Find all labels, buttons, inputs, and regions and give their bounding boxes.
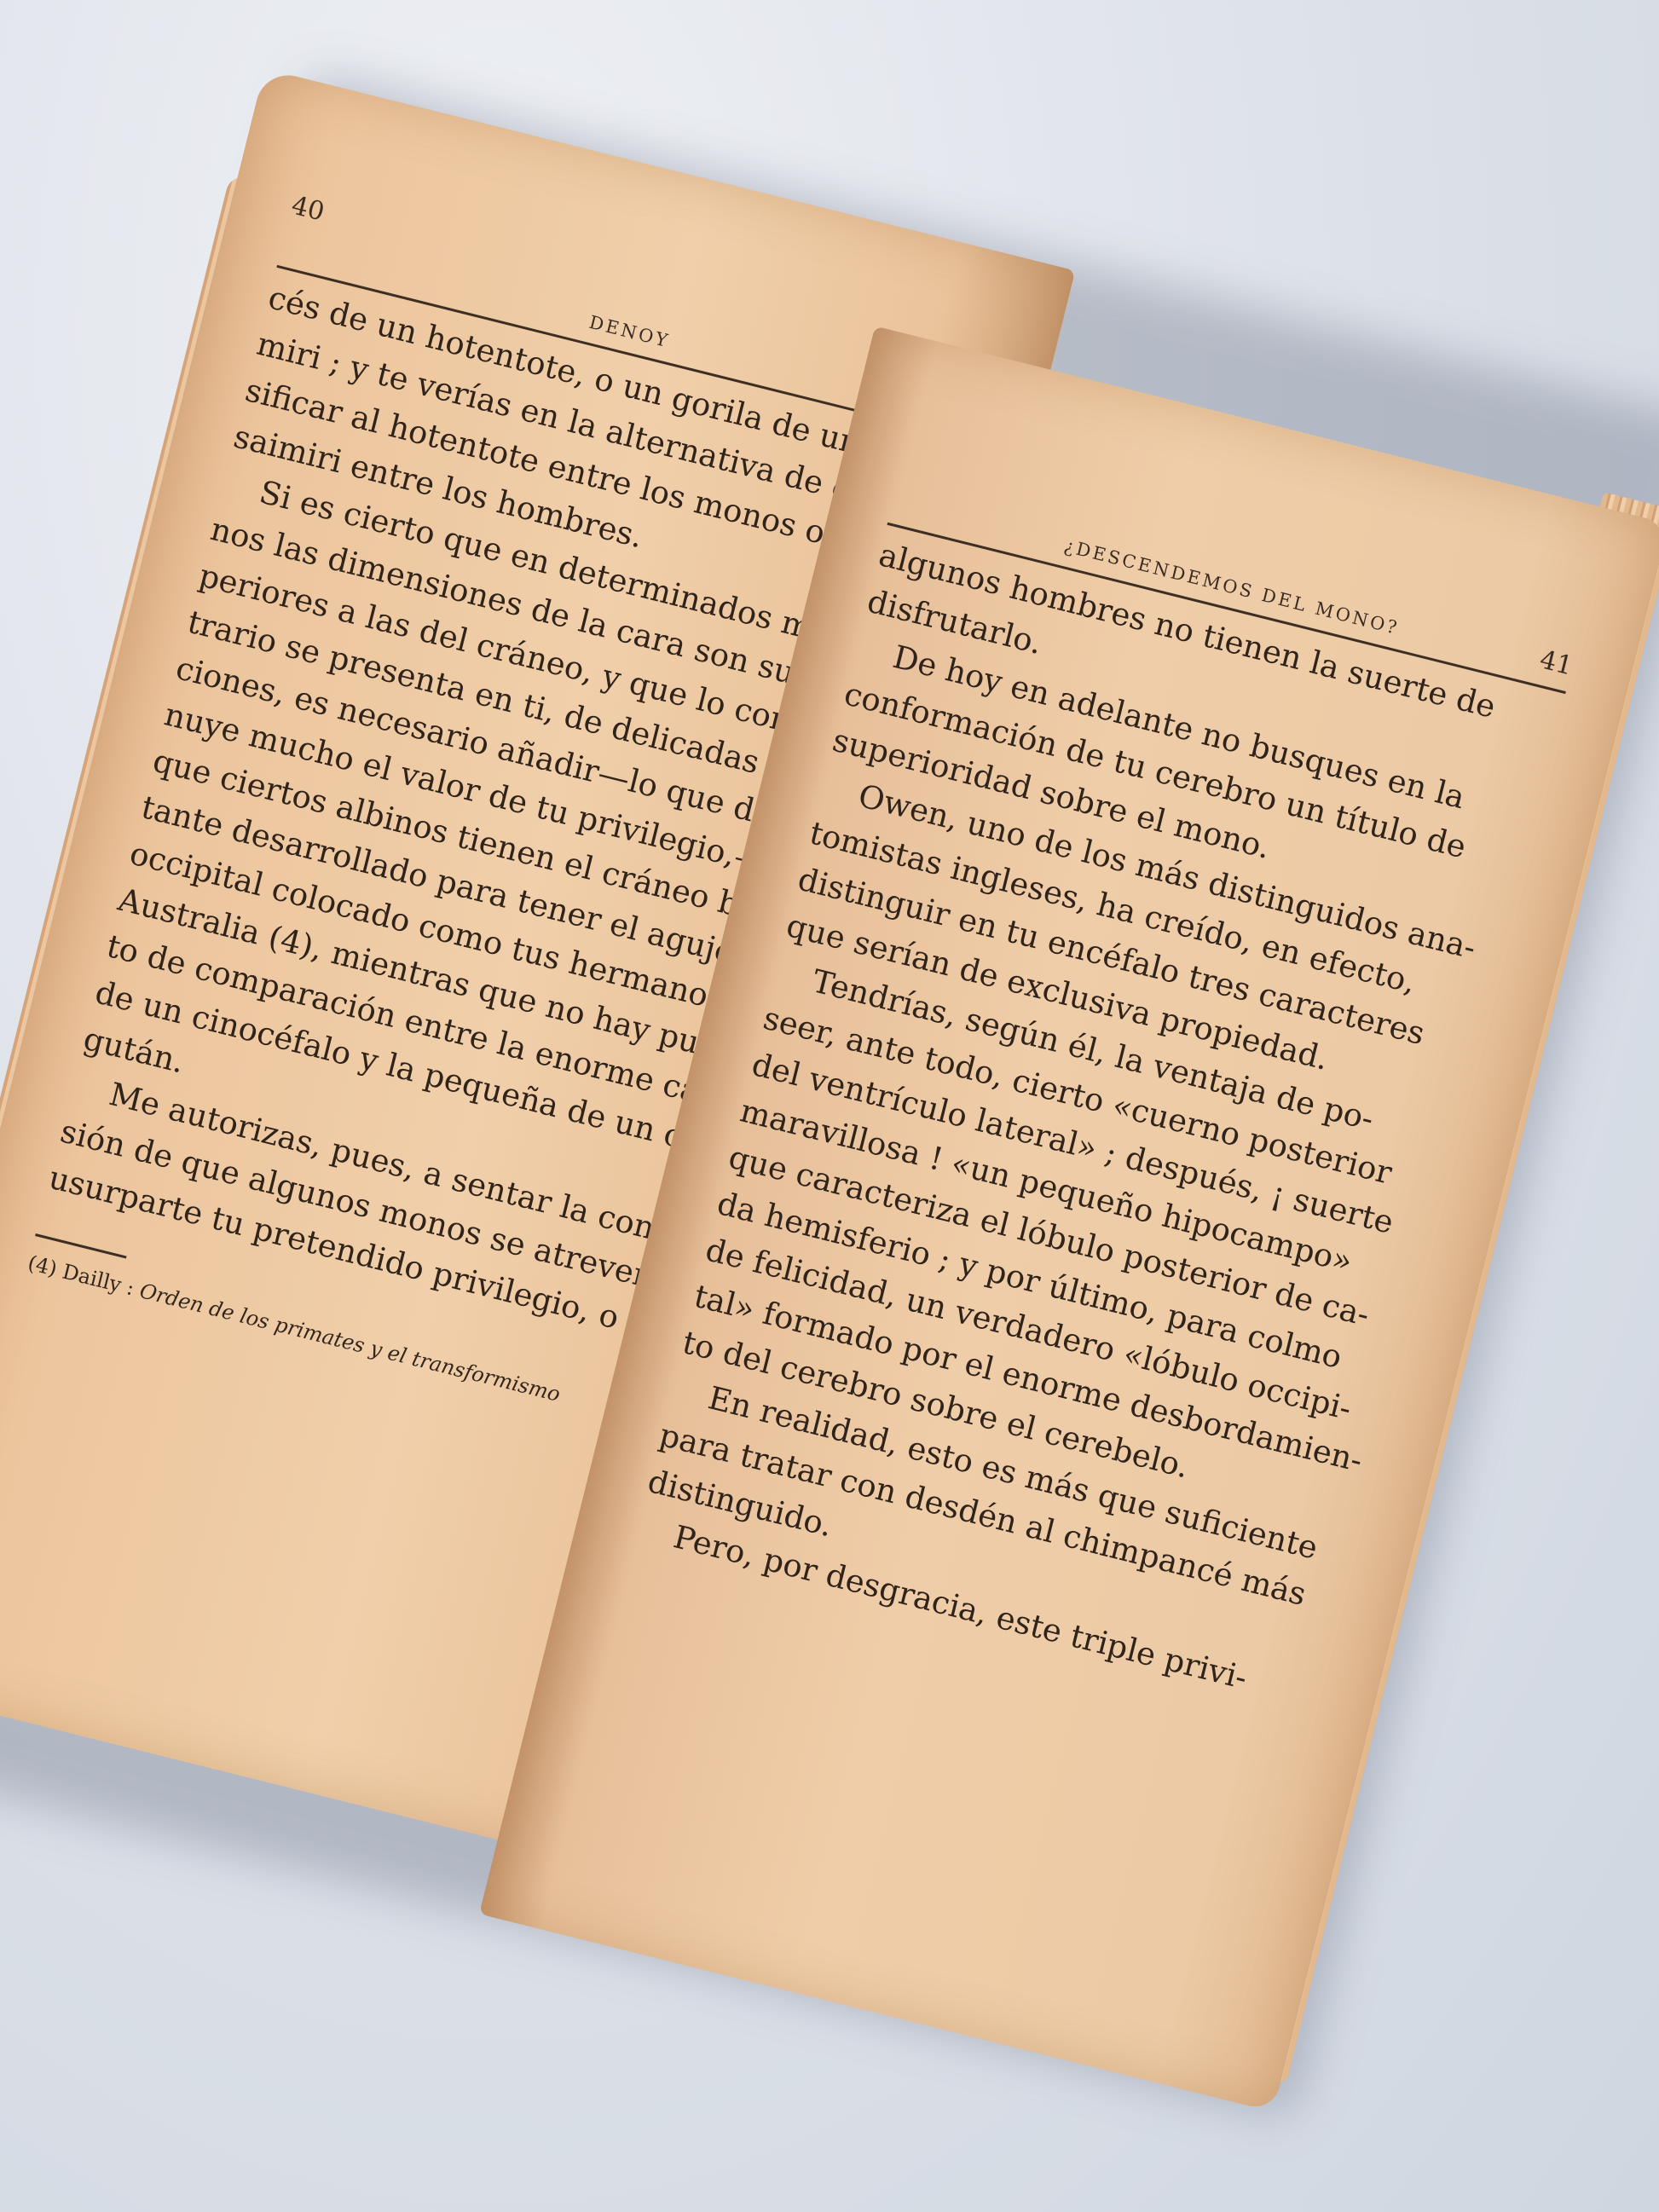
page-number-right: 41 <box>1537 644 1576 681</box>
page-number-left: 40 <box>288 190 327 227</box>
footnote-number: (4) <box>26 1250 60 1280</box>
open-book: 40 DENOY cés de un hotentote, o un goril… <box>0 0 1659 2212</box>
footnote-author: Dailly : <box>60 1259 136 1300</box>
